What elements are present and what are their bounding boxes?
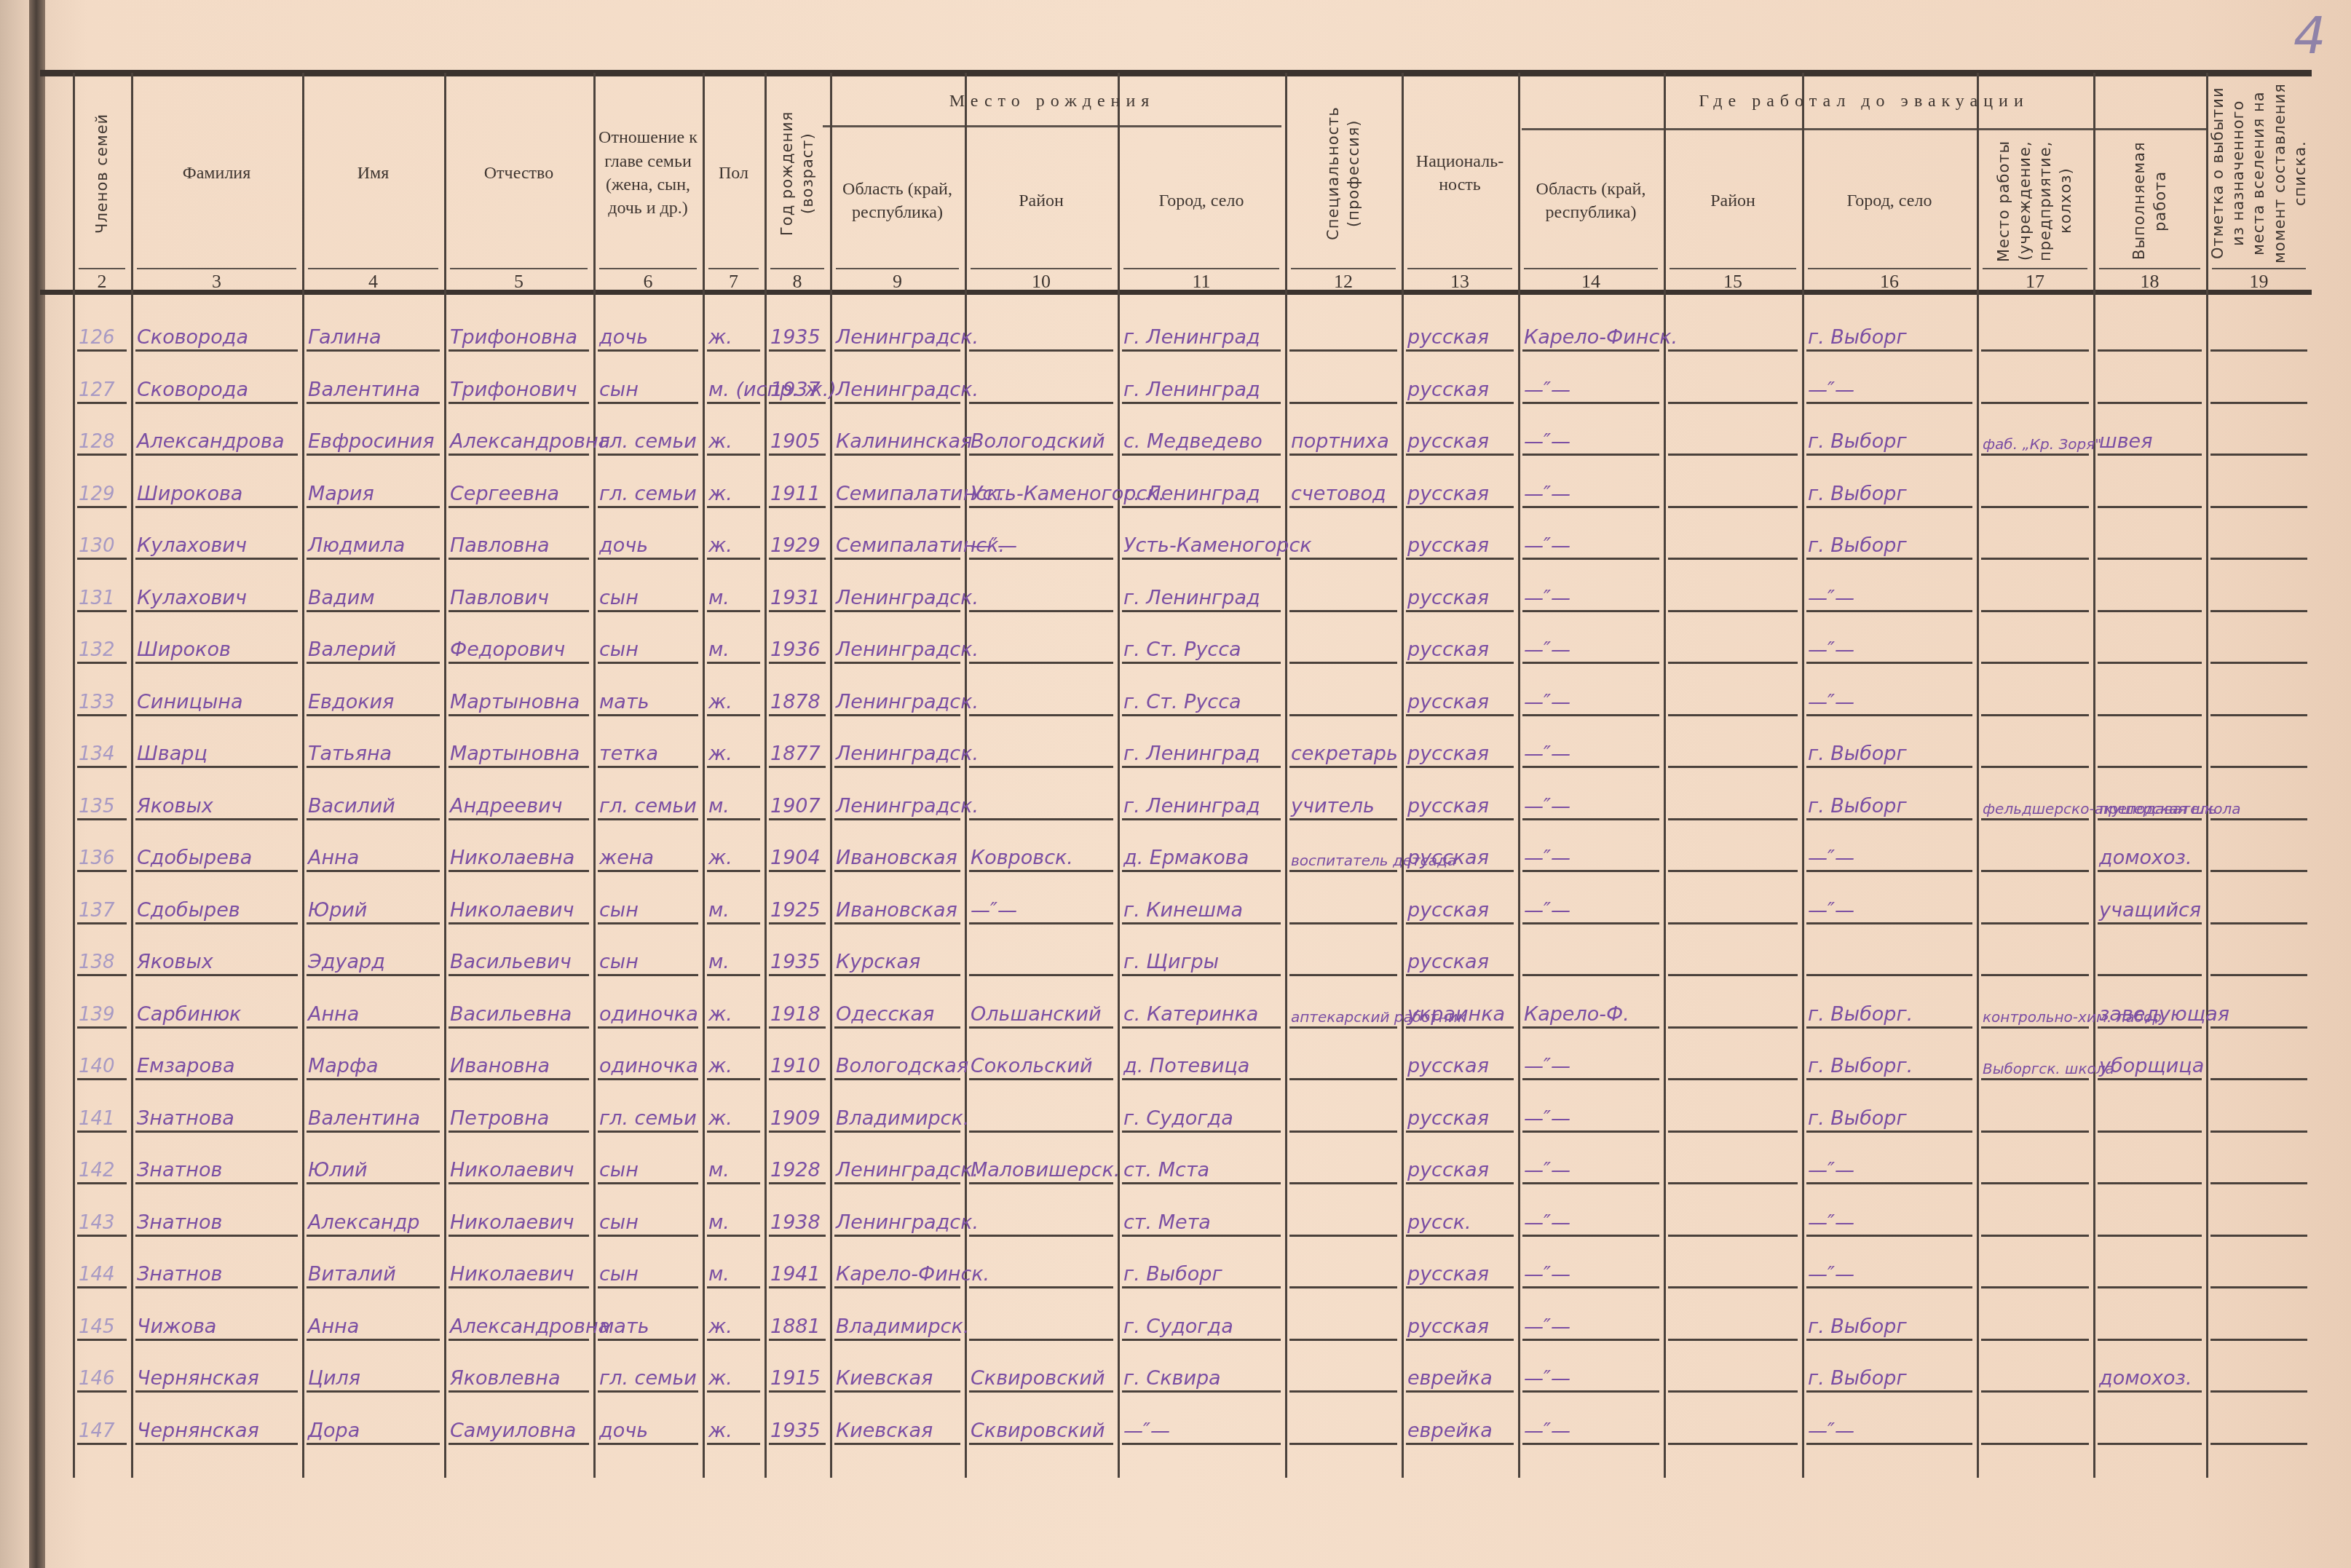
entry-line [2098, 454, 2202, 456]
header-underline [1524, 268, 1658, 269]
cell-b-oblast: Киевская [836, 1419, 933, 1442]
entry-line [707, 1026, 760, 1029]
entry-line [2098, 818, 2202, 820]
column-header-18: Выполняемая работа [2093, 132, 2206, 269]
cell-b-city: ст. Мста [1123, 1159, 1209, 1181]
cell-b-city: г. Кинешма [1123, 899, 1243, 922]
entry-line [598, 662, 698, 664]
entry-line [1406, 766, 1514, 768]
cell-year: 1937 [770, 379, 821, 401]
cell-name: Мария [308, 483, 374, 505]
entry-line [1981, 870, 2089, 872]
entry-line [77, 974, 127, 976]
work-group-rule [1522, 128, 2206, 130]
entry-line [1406, 922, 1514, 924]
entry-line [1806, 1182, 1972, 1184]
table-row: 137СдобыревЮрийНиколаевичсынм.1925Иванов… [0, 875, 2351, 927]
entry-line [2098, 610, 2202, 612]
entry-line [449, 1235, 589, 1237]
cell-surname: Сдобырев [137, 899, 240, 922]
cell-w-city: —″— [1808, 379, 1854, 401]
header-underline [1808, 268, 1971, 269]
entry-line [307, 662, 440, 664]
cell-w-city: г. Выборг [1808, 743, 1907, 765]
cell-name: Александр [308, 1211, 420, 1234]
cell-year: 1941 [770, 1263, 821, 1286]
cell-sex: ж. [708, 1315, 732, 1338]
entry-line [1806, 402, 1972, 404]
entry-line [769, 974, 826, 976]
header-underline [708, 268, 759, 269]
entry-line [449, 1078, 589, 1080]
entry-line [77, 1339, 127, 1341]
entry-line [135, 1443, 298, 1445]
entry-line [1289, 1182, 1397, 1184]
cell-patronymic: Николаевич [450, 1211, 574, 1234]
entry-line [969, 1182, 1113, 1184]
cell-patronymic: Мартыновна [450, 743, 580, 765]
cell-w-oblast: —″— [1524, 1211, 1570, 1234]
entry-line [1806, 1026, 1972, 1029]
entry-line [135, 818, 298, 820]
entry-line [135, 1390, 298, 1393]
cell-w-city: г. Выборг. [1808, 1055, 1913, 1077]
entry-line [969, 1235, 1113, 1237]
header-underline [836, 268, 959, 269]
entry-line [769, 506, 826, 508]
cell-job: домохоз. [2099, 847, 2192, 869]
entry-line [1406, 714, 1514, 716]
cell-relation: сын [599, 1263, 639, 1286]
cell-b-raion: Маловишерск. [971, 1159, 1120, 1181]
entry-line [307, 349, 440, 352]
column-header-8: Год рождения (возраст) [764, 77, 830, 269]
entry-line [77, 714, 127, 716]
cell-nationality: русская [1407, 587, 1489, 609]
entry-line [598, 610, 698, 612]
cell-n: 136 [79, 847, 115, 869]
entry-line [1806, 974, 1972, 976]
cell-nationality: русская [1407, 483, 1489, 505]
cell-b-oblast: Владимирск. [836, 1315, 969, 1338]
entry-line [2098, 1235, 2202, 1237]
cell-nationality: русская [1407, 1107, 1489, 1130]
entry-line [135, 1235, 298, 1237]
entry-line [77, 1078, 127, 1080]
cell-b-oblast: Ленинградск. [836, 379, 979, 401]
cell-year: 1911 [770, 483, 821, 505]
entry-line [834, 349, 960, 352]
entry-line [77, 1443, 127, 1445]
entry-line [1122, 818, 1281, 820]
column-number-5: 5 [444, 271, 593, 293]
cell-patronymic: Николаевич [450, 1263, 574, 1286]
cell-nationality: русск. [1407, 1211, 1471, 1234]
entry-line [969, 662, 1113, 664]
entry-line [769, 1286, 826, 1288]
entry-line [969, 818, 1113, 820]
entry-line [2098, 402, 2202, 404]
cell-name: Виталий [308, 1263, 396, 1286]
entry-line [77, 1026, 127, 1029]
cell-b-city: г. Ленинград [1123, 483, 1260, 505]
entry-line [707, 349, 760, 352]
entry-line [1806, 610, 1972, 612]
entry-line [1668, 714, 1798, 716]
entry-line [2210, 1235, 2307, 1237]
entry-line [1981, 974, 2089, 976]
entry-line [449, 818, 589, 820]
entry-line [1981, 922, 2089, 924]
header-underline [1670, 268, 1796, 269]
entry-line [969, 1339, 1113, 1341]
entry-line [834, 1026, 960, 1029]
cell-year: 1904 [770, 847, 821, 869]
entry-line [307, 1390, 440, 1393]
cell-w-city: г. Выборг [1808, 430, 1907, 453]
cell-b-city: с. Медведево [1123, 430, 1263, 453]
cell-profession: счетовод [1291, 483, 1386, 505]
entry-line [707, 818, 760, 820]
entry-line [1522, 506, 1659, 508]
entry-line [1406, 1131, 1514, 1133]
entry-line [1406, 1286, 1514, 1288]
entry-line [2210, 1339, 2307, 1341]
table-row: 144ЗнатновВиталийНиколаевичсынм.1941Каре… [0, 1239, 2351, 1291]
entry-line [2210, 1443, 2307, 1445]
entry-line [769, 454, 826, 456]
header-top-rule [40, 70, 2312, 76]
entry-line [769, 1235, 826, 1237]
cell-b-city: д. Ермакова [1123, 847, 1249, 869]
entry-line [1122, 558, 1281, 560]
table-row: 146ЧернянскаяЦиляЯковлевнагл. семьиж.191… [0, 1343, 2351, 1395]
cell-year: 1905 [770, 430, 821, 453]
entry-line [598, 818, 698, 820]
entry-line [1806, 1235, 1972, 1237]
cell-b-city: с. Катеринка [1123, 1003, 1258, 1026]
entry-line [2098, 349, 2202, 352]
header-underline [79, 268, 125, 269]
entry-line [1289, 922, 1397, 924]
cell-b-oblast: Ленинградск. [836, 691, 979, 713]
table-row: 128АлександроваЕвфросинияАлександровнагл… [0, 406, 2351, 459]
entry-line [969, 610, 1113, 612]
cell-patronymic: Николаевич [450, 899, 574, 922]
cell-n: 143 [79, 1212, 115, 1234]
cell-b-raion: Сквировский [971, 1367, 1105, 1390]
cell-name: Евдокия [308, 691, 394, 713]
entry-line [598, 402, 698, 404]
cell-w-city: —″— [1808, 638, 1854, 661]
entry-line [449, 662, 589, 664]
cell-surname: Сдобырева [137, 847, 252, 869]
cell-sex: ж. [708, 1419, 732, 1442]
entry-line [449, 1026, 589, 1029]
entry-line [1522, 1443, 1659, 1445]
entry-line [135, 1339, 298, 1341]
entry-line [834, 610, 960, 612]
cell-patronymic: Васильевна [450, 1003, 572, 1026]
entry-line [1806, 1390, 1972, 1393]
cell-name: Анна [308, 1315, 359, 1338]
entry-line [1668, 454, 1798, 456]
entry-line [969, 1026, 1113, 1029]
entry-line [307, 974, 440, 976]
cell-nationality: русская [1407, 951, 1489, 973]
entry-line [449, 922, 589, 924]
cell-b-oblast: Ленинградск. [836, 587, 979, 609]
cell-sex: м. [708, 951, 730, 973]
birthplace-group-rule [823, 125, 1281, 127]
entry-line [77, 506, 127, 508]
cell-nationality: русская [1407, 795, 1489, 817]
entry-line [1522, 454, 1659, 456]
cell-job: преподаватель [2099, 800, 2217, 817]
entry-line [449, 1131, 589, 1133]
entry-line [1981, 1390, 2089, 1393]
cell-n: 139 [79, 1004, 115, 1026]
column-header-7: Пол [703, 77, 764, 269]
cell-w-city: г. Выборг. [1808, 1003, 1913, 1026]
entry-line [2098, 1339, 2202, 1341]
page-number: 4 [2293, 6, 2326, 66]
entry-line [707, 1078, 760, 1080]
cell-n: 131 [79, 587, 115, 609]
entry-line [769, 922, 826, 924]
cell-sex: ж. [708, 743, 732, 765]
entry-line [969, 1390, 1113, 1393]
cell-name: Людмила [308, 534, 405, 557]
cell-b-city: г. Выборг [1123, 1263, 1222, 1286]
entry-line [1668, 402, 1798, 404]
table-row: 142ЗнатновЮлийНиколаевичсынм.1928Ленингр… [0, 1135, 2351, 1187]
entry-line [2098, 662, 2202, 664]
cell-patronymic: Мартыновна [450, 691, 580, 713]
entry-line [1981, 766, 2089, 768]
cell-n: 142 [79, 1160, 115, 1181]
entry-line [135, 506, 298, 508]
cell-surname: Емзарова [137, 1055, 234, 1077]
entry-line [1522, 1339, 1659, 1341]
cell-sex: ж. [708, 430, 732, 453]
cell-surname: Знатнова [137, 1107, 234, 1130]
entry-line [707, 1235, 760, 1237]
cell-workplace: Выборгск. школа [1983, 1060, 2114, 1077]
cell-name: Циля [308, 1367, 360, 1390]
entry-line [1122, 1131, 1281, 1133]
entry-line [1289, 818, 1397, 820]
entry-line [1806, 454, 1972, 456]
entry-line [1122, 349, 1281, 352]
cell-name: Анна [308, 1003, 359, 1026]
cell-w-city: —″— [1808, 847, 1854, 869]
cell-name: Вадим [308, 587, 375, 609]
entry-line [2210, 454, 2307, 456]
cell-w-city: г. Выборг [1808, 1315, 1907, 1338]
header-underline [450, 268, 588, 269]
entry-line [1981, 1131, 2089, 1133]
column-header-15: Район [1664, 132, 1802, 269]
entry-line [598, 870, 698, 872]
column-header-4: Имя [302, 77, 444, 269]
cell-patronymic: Андреевич [450, 795, 563, 817]
entry-line [969, 349, 1113, 352]
column-number-18: 18 [2093, 271, 2206, 293]
cell-n: 135 [79, 796, 115, 817]
cell-w-oblast: —″— [1524, 743, 1570, 765]
column-number-6: 6 [593, 271, 703, 293]
column-header-2: Членов семей [73, 77, 131, 269]
column-number-2: 2 [73, 271, 131, 293]
entry-line [449, 766, 589, 768]
entry-line [834, 1182, 960, 1184]
cell-w-city: —″— [1808, 587, 1854, 609]
entry-line [1406, 870, 1514, 872]
entry-line [707, 1390, 760, 1393]
entry-line [77, 766, 127, 768]
entry-line [307, 714, 440, 716]
cell-relation: гл. семьи [599, 430, 697, 453]
entry-line [77, 662, 127, 664]
column-number-19: 19 [2206, 271, 2312, 293]
cell-b-city: Усть-Каменогорск [1123, 534, 1312, 557]
entry-line [598, 974, 698, 976]
entry-line [1981, 1339, 2089, 1341]
entry-line [1668, 818, 1798, 820]
cell-relation: гл. семьи [599, 1107, 697, 1130]
entry-line [77, 402, 127, 404]
entry-line [1122, 1235, 1281, 1237]
cell-nationality: русская [1407, 1159, 1489, 1181]
cell-nationality: еврейка [1407, 1367, 1493, 1390]
cell-w-oblast: —″— [1524, 483, 1570, 505]
column-number-15: 15 [1664, 271, 1802, 293]
entry-line [1806, 922, 1972, 924]
cell-relation: мать [599, 691, 649, 713]
header-underline [2212, 268, 2306, 269]
cell-patronymic: Николаевич [450, 1159, 574, 1181]
entry-line [2210, 974, 2307, 976]
entry-line [2210, 818, 2307, 820]
cell-sex: ж. [708, 1055, 732, 1077]
column-number-8: 8 [764, 271, 830, 293]
entry-line [1289, 506, 1397, 508]
cell-b-oblast: Ивановская [836, 899, 957, 922]
cell-w-oblast: —″— [1524, 1315, 1570, 1338]
entry-line [707, 662, 760, 664]
cell-surname: Синицына [137, 691, 243, 713]
entry-line [598, 506, 698, 508]
cell-b-raion: Ковровск. [971, 847, 1073, 869]
entry-line [834, 714, 960, 716]
table-row: 136СдобыреваАннаНиколаевнаженаж.1904Иван… [0, 823, 2351, 875]
entry-line [135, 349, 298, 352]
entry-line [598, 922, 698, 924]
cell-name: Дора [308, 1419, 360, 1442]
cell-w-city: —″— [1808, 1159, 1854, 1181]
entry-line [598, 1339, 698, 1341]
entry-line [1981, 610, 2089, 612]
cell-b-raion: Вологодский [971, 430, 1105, 453]
entry-line [307, 1026, 440, 1029]
cell-b-raion: Ольшанский [971, 1003, 1102, 1026]
cell-w-oblast: Карело-Ф. [1524, 1003, 1629, 1026]
cell-patronymic: Самуиловна [450, 1419, 576, 1442]
entry-line [1289, 1078, 1397, 1080]
cell-name: Юрий [308, 899, 367, 922]
entry-line [307, 1182, 440, 1184]
cell-surname: Чижова [137, 1315, 216, 1338]
cell-nationality: русская [1407, 430, 1489, 453]
entry-line [449, 974, 589, 976]
entry-line [2210, 922, 2307, 924]
entry-line [834, 454, 960, 456]
table-row: 145ЧижоваАннаАлександровнаматьж.1881Влад… [0, 1291, 2351, 1344]
entry-line [707, 974, 760, 976]
cell-w-city: г. Выборг [1808, 1367, 1907, 1390]
entry-line [2098, 1078, 2202, 1080]
cell-relation: сын [599, 1211, 639, 1234]
entry-line [969, 1078, 1113, 1080]
cell-n: 137 [79, 900, 115, 922]
entry-line [1406, 1339, 1514, 1341]
entry-line [834, 1131, 960, 1133]
cell-profession: портниха [1291, 430, 1389, 453]
entry-line [1668, 974, 1798, 976]
entry-line [834, 1286, 960, 1288]
cell-b-city: г. Судогда [1123, 1315, 1233, 1338]
entry-line [769, 818, 826, 820]
entry-line [1668, 1286, 1798, 1288]
entry-line [1122, 870, 1281, 872]
entry-line [77, 818, 127, 820]
entry-line [307, 922, 440, 924]
cell-nationality: украинка [1407, 1003, 1505, 1026]
cell-relation: гл. семьи [599, 483, 697, 505]
cell-w-oblast: —″— [1524, 638, 1570, 661]
cell-w-oblast: —″— [1524, 1367, 1570, 1390]
cell-surname: Знатнов [137, 1159, 222, 1181]
entry-line [1122, 1339, 1281, 1341]
entry-line [834, 506, 960, 508]
cell-patronymic: Яковлевна [450, 1367, 560, 1390]
cell-name: Валерий [308, 638, 396, 661]
cell-w-oblast: —″— [1524, 587, 1570, 609]
entry-line [1289, 662, 1397, 664]
entry-line [1289, 558, 1397, 560]
cell-year: 1936 [770, 638, 821, 661]
entry-line [1122, 974, 1281, 976]
entry-line [1668, 922, 1798, 924]
cell-name: Анна [308, 847, 359, 869]
cell-name: Марфа [308, 1055, 379, 1077]
cell-b-city: г. Судогда [1123, 1107, 1233, 1130]
cell-surname: Александрова [137, 430, 284, 453]
cell-w-oblast: Карело-Финск. [1524, 326, 1678, 349]
cell-w-city: —″— [1808, 1263, 1854, 1286]
cell-w-city: г. Выборг [1808, 534, 1907, 557]
entry-line [598, 1078, 698, 1080]
entry-line [598, 454, 698, 456]
entry-line [135, 1131, 298, 1133]
entry-line [1981, 558, 2089, 560]
entry-line [1522, 714, 1659, 716]
entry-line [1122, 1078, 1281, 1080]
header-underline [1983, 268, 2087, 269]
cell-year: 1918 [770, 1003, 821, 1026]
cell-sex: ж. [708, 534, 732, 557]
